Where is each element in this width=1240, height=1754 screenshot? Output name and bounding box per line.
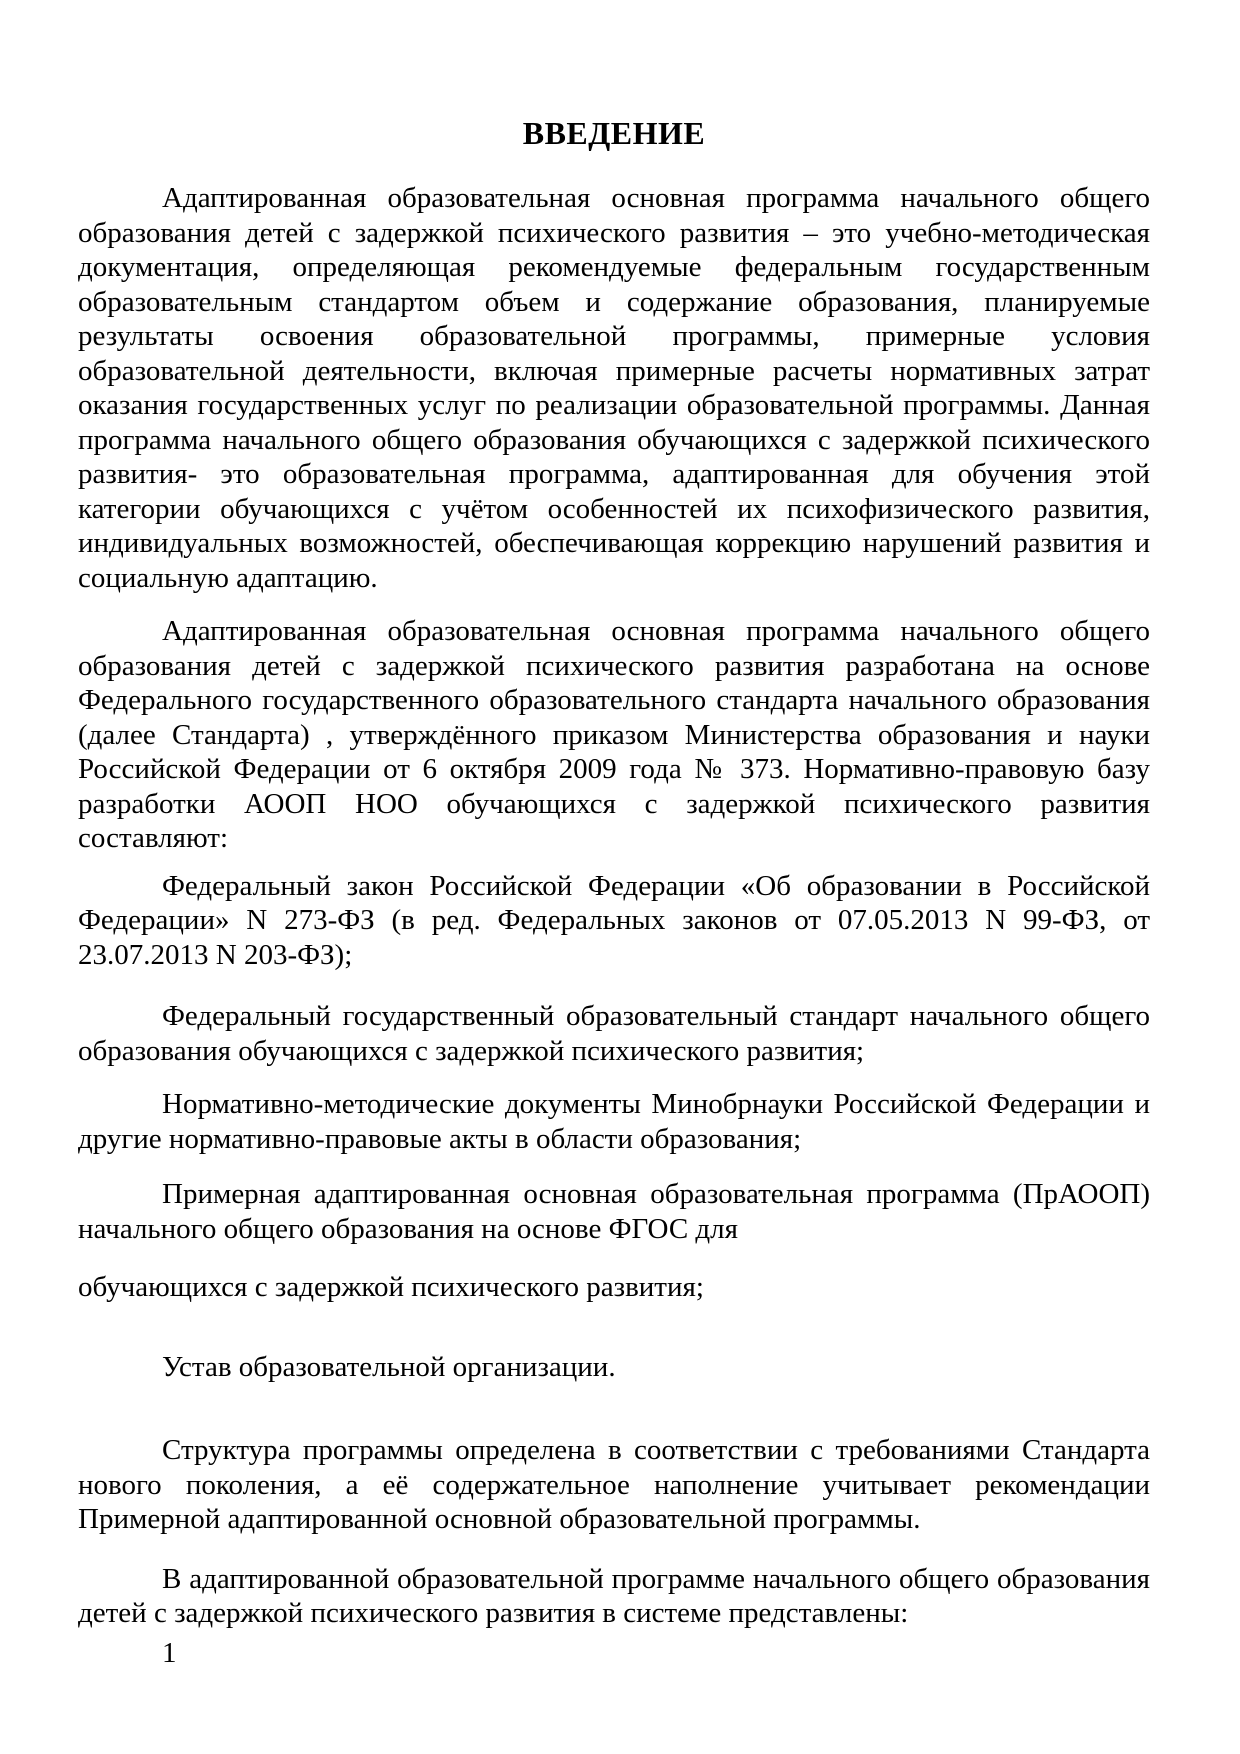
paragraph-structure: Структура программы определена в соответ… bbox=[78, 1433, 1150, 1537]
page-title: ВВЕДЕНИЕ bbox=[78, 113, 1150, 153]
paragraph-system-presented: В адаптированной образовательной програм… bbox=[78, 1562, 1150, 1631]
paragraph-praoop-continuation: обучающихся с задержкой психического раз… bbox=[78, 1270, 1150, 1305]
paragraph-legal-basis-intro: Адаптированная образовательная основная … bbox=[78, 614, 1150, 856]
paragraph-normative-documents: Нормативно-методические документы Минобр… bbox=[78, 1087, 1150, 1156]
paragraph-intro-definition: Адаптированная образовательная основная … bbox=[78, 181, 1150, 595]
paragraph-ustav: Устав образовательной организации. bbox=[78, 1350, 1150, 1385]
page-number: 1 bbox=[78, 1636, 1150, 1671]
paragraph-federal-law: Федеральный закон Российской Федерации «… bbox=[78, 869, 1150, 973]
paragraph-federal-standard: Федеральный государственный образователь… bbox=[78, 999, 1150, 1068]
document-page: ВВЕДЕНИЕ Адаптированная образовательная … bbox=[0, 0, 1240, 1754]
paragraph-praoop: Примерная адаптированная основная образо… bbox=[78, 1177, 1150, 1246]
